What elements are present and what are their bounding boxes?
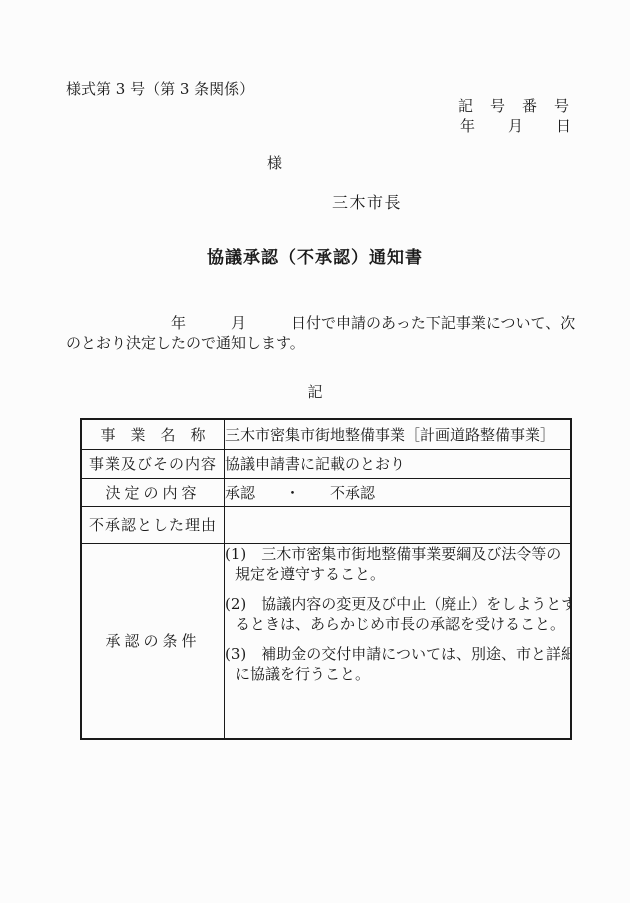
row-value-decision: 承認 ・ 不承認 — [225, 478, 572, 506]
condition-1-line-2: 規定を遵守すること。 — [225, 564, 570, 584]
row-label-disapproval-reason: 不承認とした理由 — [81, 506, 225, 543]
table-row-project-content: 事業及びその内容 協議申請書に記載のとおり — [81, 449, 571, 478]
condition-item-1: (1) 三木市密集市街地整備事業要綱及び法令等の 規定を遵守すること。 — [225, 544, 570, 584]
table-row-project-name: 事 業 名 称 三木市密集市街地整備事業［計画道路整備事業］ — [81, 419, 571, 449]
row-value-project-content: 協議申請書に記載のとおり — [225, 449, 572, 478]
document-page: 様式第 3 号（第 3 条関係） 記 号 番 号 年 月 日 様 三木市長 協議… — [0, 0, 630, 903]
approval-conditions-cell: (1) 三木市密集市街地整備事業要綱及び法令等の 規定を遵守すること。 (2) … — [225, 543, 572, 739]
form-number-label: 様式第 3 号（第 3 条関係） — [66, 78, 254, 99]
condition-3-line-1: (3) 補助金の交付申請については、別途、市と詳細 — [225, 644, 570, 664]
condition-item-2: (2) 協議内容の変更及び中止（廃止）をしようとす るときは、あらかじめ市長の承… — [225, 594, 570, 634]
body-line-2: のとおり決定したので通知します。 — [66, 333, 575, 353]
row-label-project-content: 事業及びその内容 — [81, 449, 225, 478]
record-marker: 記 — [0, 381, 630, 402]
row-value-project-name: 三木市密集市街地整備事業［計画道路整備事業］ — [225, 419, 572, 449]
row-label-approval-conditions: 承認の条件 — [81, 543, 225, 739]
condition-1-line-1: (1) 三木市密集市街地整備事業要綱及び法令等の — [225, 544, 570, 564]
table-row-decision: 決定の内容 承認 ・ 不承認 — [81, 478, 571, 506]
date-label: 年 月 日 — [460, 115, 572, 136]
row-label-project-name: 事 業 名 称 — [81, 419, 225, 449]
table-row-approval-conditions: 承認の条件 (1) 三木市密集市街地整備事業要綱及び法令等の 規定を遵守すること… — [81, 543, 571, 739]
table-row-disapproval-reason: 不承認とした理由 — [81, 506, 571, 543]
body-line-1: 年 月 日付で申請のあった下記事業について、次 — [66, 313, 575, 333]
ref-number-label: 記 号 番 号 — [458, 95, 570, 116]
condition-2-line-1: (2) 協議内容の変更及び中止（廃止）をしようとす — [225, 594, 570, 614]
addressee-suffix-label: 様 — [267, 152, 282, 173]
row-value-disapproval-reason — [225, 506, 572, 543]
sender-label: 三木市長 — [332, 190, 402, 213]
body-paragraph: 年 月 日付で申請のあった下記事業について、次 のとおり決定したので通知します。 — [66, 313, 575, 353]
document-title: 協議承認（不承認）通知書 — [0, 243, 630, 268]
condition-item-3: (3) 補助金の交付申請については、別途、市と詳細 に協議を行うこと。 — [225, 644, 570, 684]
row-label-decision: 決定の内容 — [81, 478, 225, 506]
condition-3-line-2: に協議を行うこと。 — [225, 664, 570, 684]
condition-2-line-2: るときは、あらかじめ市長の承認を受けること。 — [225, 614, 570, 634]
notice-table: 事 業 名 称 三木市密集市街地整備事業［計画道路整備事業］ 事業及びその内容 … — [80, 418, 572, 740]
